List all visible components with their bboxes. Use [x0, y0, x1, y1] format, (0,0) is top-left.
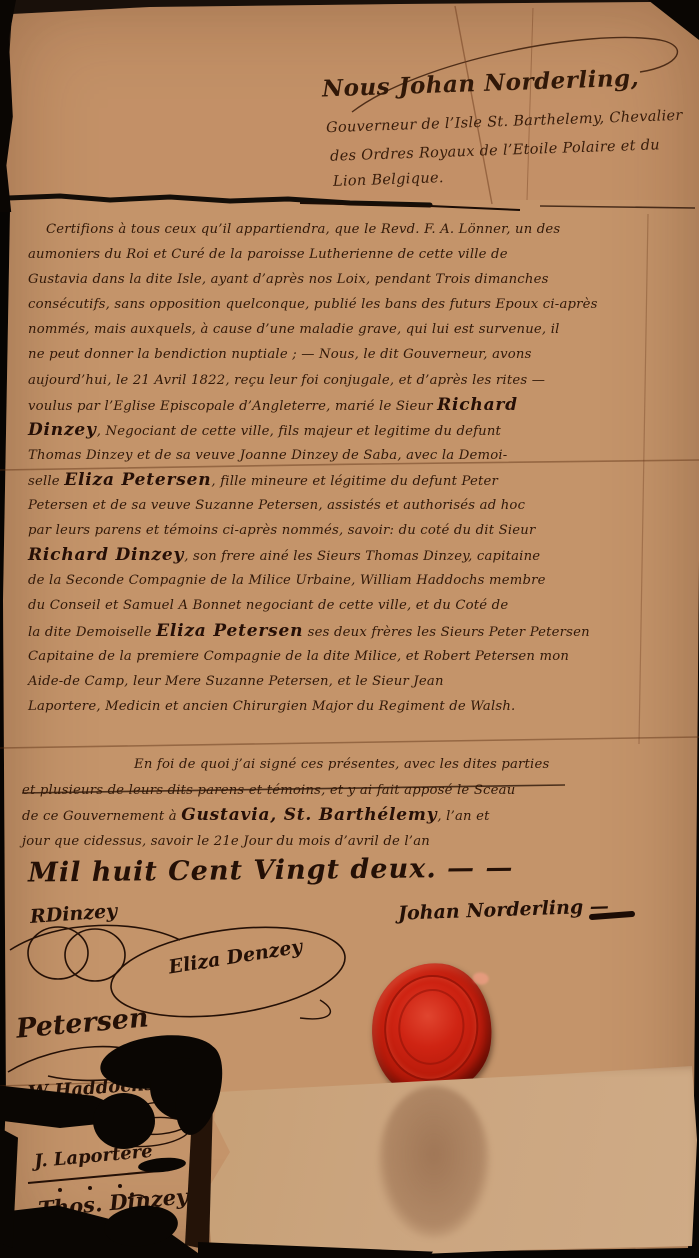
- text-line: Aide-de Camp, leur Mere Suzanne Petersen…: [28, 669, 696, 694]
- text-line: Gustavia dans la dite Isle, ayant d’aprè…: [28, 267, 696, 292]
- body-lines: Certifions à tous ceux qu’il appartiendr…: [28, 217, 696, 719]
- text-line: Capitaine de la premiere Compagnie de la…: [28, 644, 696, 669]
- text-line: Laportere, Medicin et ancien Chirurgien …: [28, 694, 696, 719]
- ink-blot: [93, 1093, 155, 1149]
- date-line: Mil huit Cent Vingt deux. — —: [28, 852, 514, 888]
- text-line: nommés, mais auxquels, à cause d’une mal…: [28, 317, 696, 342]
- text-line: et plusieurs de leurs dits parens et tém…: [22, 778, 697, 804]
- crease-line: [527, 8, 533, 200]
- crease-line: [455, 6, 492, 204]
- closing-lines: En foi de quoi j’ai signé ces présentes,…: [22, 752, 697, 854]
- text-line: voulus par l’Eglise Episcopale d’Anglete…: [28, 393, 696, 418]
- scanned-document-page: Nous Johan Norderling, Gouverneur de l’I…: [0, 0, 699, 1258]
- text-line: aujourd’hui, le 21 Avril 1822, reçu leur…: [28, 368, 696, 393]
- text-line: selle Eliza Petersen, fille mineure et l…: [28, 468, 696, 493]
- crease-line: [0, 737, 699, 748]
- seal-stain: [378, 1086, 490, 1238]
- text-line: de ce Gouvernement à Gustavia, St. Barth…: [22, 803, 697, 829]
- text-line: consécutifs, sans opposition quelconque,…: [28, 292, 696, 317]
- text-line: du Conseil et Samuel A Bonnet negociant …: [28, 593, 696, 618]
- text-line: de la Seconde Compagnie de la Milice Urb…: [28, 568, 696, 593]
- text-line: En foi de quoi j’ai signé ces présentes,…: [22, 752, 697, 778]
- signature-flourish: [28, 927, 88, 979]
- text-line: aumoniers du Roi et Curé de la paroisse …: [28, 242, 696, 267]
- text-line: par leurs parens et témoins ci-après nom…: [28, 518, 696, 543]
- text-line: la dite Demoiselle Eliza Petersen ses de…: [28, 619, 696, 644]
- text-line: Dinzey, Negociant de cette ville, fils m…: [28, 418, 696, 443]
- signature-flourish: [300, 1000, 330, 1019]
- text-line: Richard Dinzey, son frere ainé les Sieur…: [28, 543, 696, 568]
- text-line: ne peut donner la bendiction nuptiale ; …: [28, 342, 696, 367]
- text-line: Thomas Dinzey et de sa veuve Joanne Dinz…: [28, 443, 696, 468]
- text-line: Petersen et de sa veuve Suzanne Petersen…: [28, 493, 696, 518]
- tear-line: [540, 206, 695, 208]
- text-line: jour que cidessus, savoir le 21e Jour du…: [22, 829, 697, 855]
- text-line: Certifions à tous ceux qu’il appartiendr…: [28, 217, 696, 242]
